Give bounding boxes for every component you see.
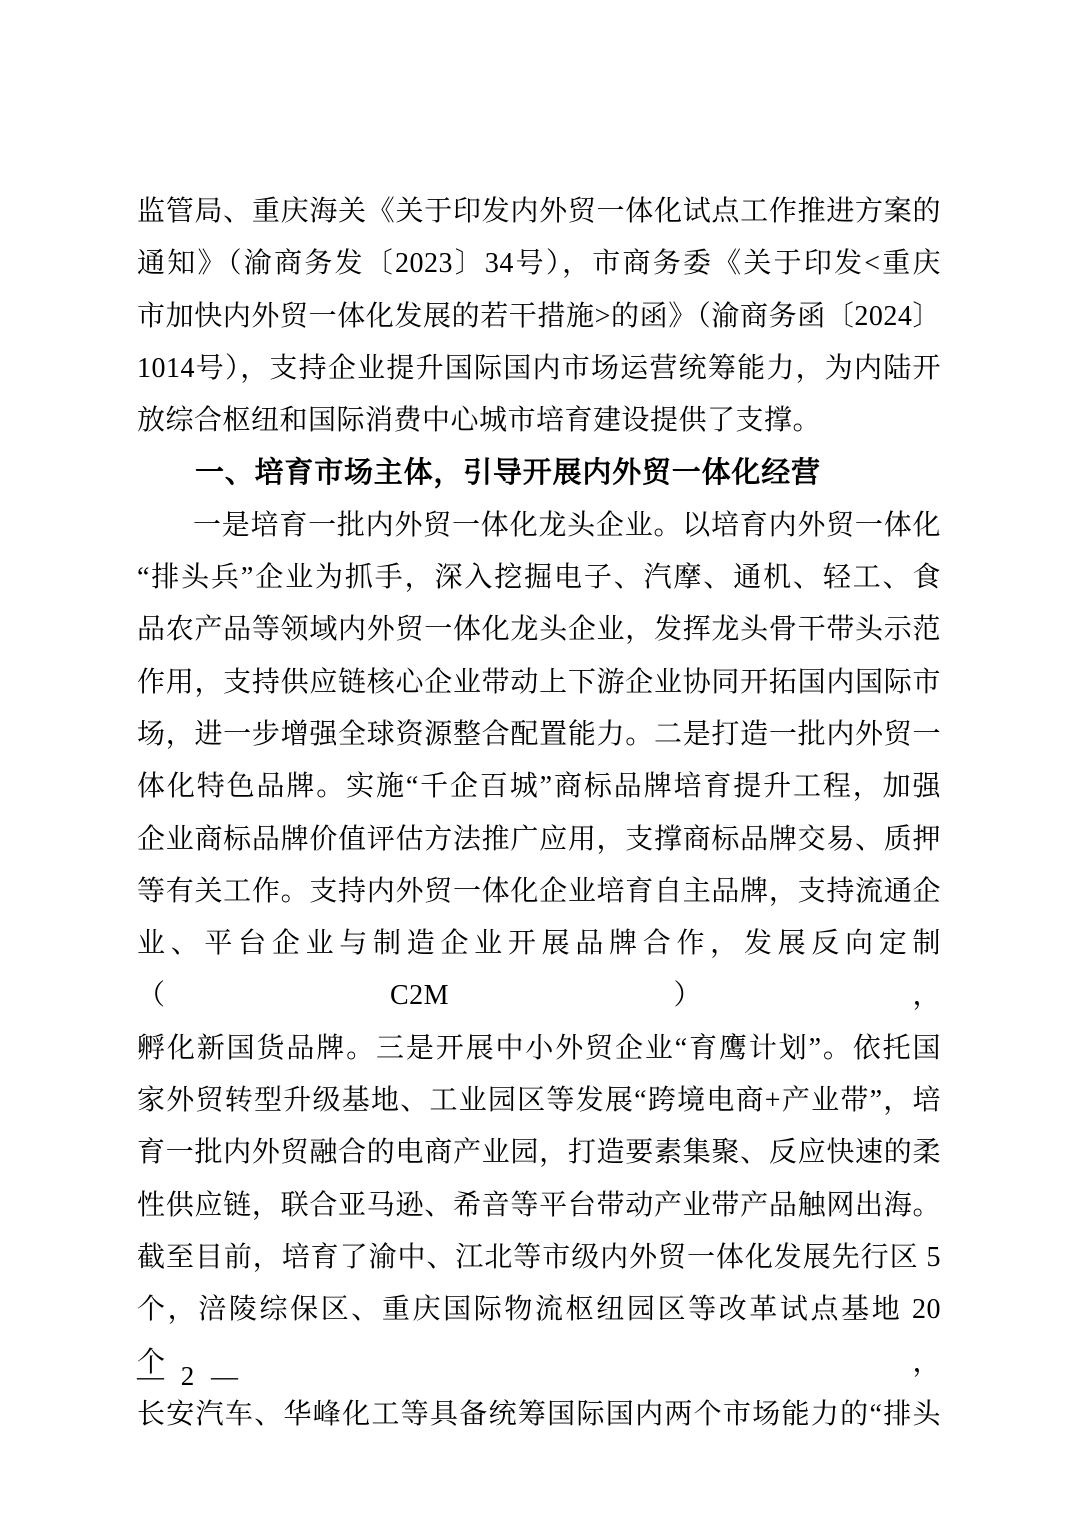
text-line: 截至目前，培育了渝中、江北等市级内外贸一体化发展先行区 5 [137, 1232, 941, 1284]
section-heading: 一、培育市场主体，引导开展内外贸一体化经营 [137, 447, 941, 499]
text-line: 市加快内外贸一体化发展的若干措施>的函》（渝商务函〔2024〕 [137, 291, 941, 343]
text-line: 体化特色品牌。实施“千企百城”商标品牌培育提升工程，加强 [137, 761, 941, 813]
text-line: 企业商标品牌价值评估方法推广应用，支撑商标品牌交易、质押 [137, 814, 941, 866]
text-line: 作用，支持供应链核心企业带动上下游企业协同开拓国内国际市 [137, 657, 941, 709]
text-line: 孵化新国货品牌。三是开展中小外贸企业“育鹰计划”。依托国 [137, 1023, 941, 1075]
text-line: 场，进一步增强全球资源整合配置能力。二是打造一批内外贸一 [137, 709, 941, 761]
page-number: — 2 — [137, 1361, 238, 1391]
text-line: 个，涪陵综保区、重庆国际物流枢纽园区等改革试点基地 20 个， [137, 1284, 941, 1389]
text-line: 品农产品等领域内外贸一体化龙头企业，发挥龙头骨干带头示范 [137, 604, 941, 656]
text-line: 家外贸转型升级基地、工业园区等发展“跨境电商+产业带”，培 [137, 1075, 941, 1127]
text-line: 等有关工作。支持内外贸一体化企业培育自主品牌，支持流通企 [137, 866, 941, 918]
document-body: 监管局、重庆海关《关于印发内外贸一体化试点工作推进方案的通知》（渝商务发〔202… [137, 186, 941, 1441]
text-line: 1014号），支持企业提升国际国内市场运营统筹能力，为内陆开 [137, 343, 941, 395]
text-line: 育一批内外贸融合的电商产业园，打造要素集聚、反应快速的柔 [137, 1127, 941, 1179]
text-line: 业、平台企业与制造企业开展品牌合作，发展反向定制（C2M）， [137, 918, 941, 1023]
text-line: 一是培育一批内外贸一体化龙头企业。以培育内外贸一体化 [137, 500, 941, 552]
text-line: 放综合枢纽和国际消费中心城市培育建设提供了支撑。 [137, 395, 941, 447]
text-line: 长安汽车、华峰化工等具备统筹国际国内两个市场能力的“排头 [137, 1389, 941, 1441]
document-page: 监管局、重庆海关《关于印发内外贸一体化试点工作推进方案的通知》（渝商务发〔202… [0, 0, 1074, 1520]
text-line: 性供应链，联合亚马逊、希音等平台带动产业带产品触网出海。 [137, 1180, 941, 1232]
text-line: 通知》（渝商务发〔2023〕34号），市商务委《关于印发<重庆 [137, 238, 941, 290]
text-line: 监管局、重庆海关《关于印发内外贸一体化试点工作推进方案的 [137, 186, 941, 238]
page-footer: — 2 — [137, 1356, 238, 1396]
text-line: “排头兵”企业为抓手，深入挖掘电子、汽摩、通机、轻工、食 [137, 552, 941, 604]
